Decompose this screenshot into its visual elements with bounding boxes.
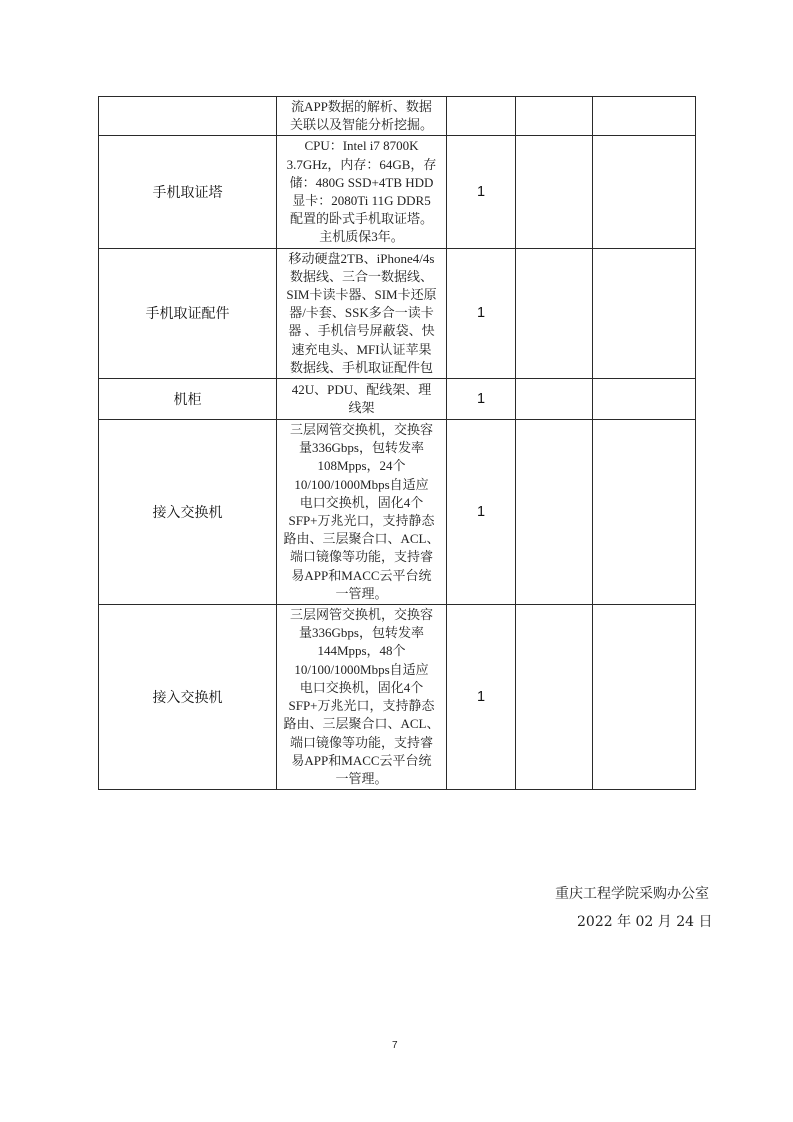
table-row: 手机取证塔CPU：Intel i7 8700K3.7GHz，内存：64GB，存储… <box>99 136 696 248</box>
table-row: 接入交换机三层网管交换机，交换容量336Gbps，包转发率144Mpps，48个… <box>99 605 696 790</box>
spec-line: 易APP和MACC云平台统 <box>280 752 443 770</box>
item-name-cell: 手机取证配件 <box>99 248 277 378</box>
spec-line: 数据线、三合一数据线、 <box>280 268 443 286</box>
spec-line: 器/卡套、SSK多合一读卡 <box>280 304 443 322</box>
spec-line: 量336Gbps，包转发率 <box>280 624 443 642</box>
empty-cell <box>516 136 593 248</box>
empty-cell <box>593 420 696 605</box>
quantity-cell <box>447 97 516 136</box>
spec-line: 线架 <box>280 399 443 417</box>
spec-line: 3.7GHz，内存：64GB，存 <box>280 156 443 174</box>
quantity-cell: 1 <box>447 420 516 605</box>
spec-line: 三层网管交换机，交换容 <box>280 606 443 624</box>
empty-cell <box>516 605 593 790</box>
item-spec-cell: 流APP数据的解析、数据关联以及智能分析挖掘。 <box>277 97 447 136</box>
empty-cell <box>516 97 593 136</box>
spec-line: 量336Gbps，包转发率 <box>280 439 443 457</box>
item-spec-cell: 三层网管交换机，交换容量336Gbps，包转发率144Mpps，48个10/10… <box>277 605 447 790</box>
item-spec-cell: 三层网管交换机，交换容量336Gbps，包转发率108Mpps，24个10/10… <box>277 420 447 605</box>
spec-line: 10/100/1000Mbps自适应 <box>280 661 443 679</box>
spec-line: 144Mpps，48个 <box>280 642 443 660</box>
table-row: 接入交换机三层网管交换机，交换容量336Gbps，包转发率108Mpps，24个… <box>99 420 696 605</box>
quantity-cell: 1 <box>447 248 516 378</box>
spec-line: 移动硬盘2TB、iPhone4/4s <box>280 250 443 268</box>
item-name-cell: 手机取证塔 <box>99 136 277 248</box>
spec-line: 端口镜像等功能，支持睿 <box>280 734 443 752</box>
spec-line: 速充电头、MFI认证苹果 <box>280 341 443 359</box>
spec-line: SFP+万兆光口，支持静态 <box>280 512 443 530</box>
spec-line: 储：480G SSD+4TB HDD <box>280 174 443 192</box>
spec-line: 易APP和MACC云平台统 <box>280 567 443 585</box>
spec-line: 配置的卧式手机取证塔。 <box>280 210 443 228</box>
empty-cell <box>516 248 593 378</box>
equipment-spec-table: 流APP数据的解析、数据关联以及智能分析挖掘。手机取证塔CPU：Intel i7… <box>98 96 696 790</box>
issuing-organization: 重庆工程学院采购办公室 <box>555 883 709 903</box>
empty-cell <box>593 97 696 136</box>
item-spec-cell: CPU：Intel i7 8700K3.7GHz，内存：64GB，存储：480G… <box>277 136 447 248</box>
item-name-cell: 机柜 <box>99 379 277 420</box>
item-name-cell: 接入交换机 <box>99 420 277 605</box>
spec-line: 端口镜像等功能，支持睿 <box>280 548 443 566</box>
quantity-cell: 1 <box>447 136 516 248</box>
spec-line: 10/100/1000Mbps自适应 <box>280 476 443 494</box>
spec-line: 关联以及智能分析挖掘。 <box>280 116 443 134</box>
spec-line: 数据线、手机取证配件包 <box>280 359 443 377</box>
spec-line: 42U、PDU、配线架、理 <box>280 381 443 399</box>
spec-line: CPU：Intel i7 8700K <box>280 137 443 155</box>
empty-cell <box>516 420 593 605</box>
spec-line: 器 、手机信号屏蔽袋、快 <box>280 322 443 340</box>
document-page: 流APP数据的解析、数据关联以及智能分析挖掘。手机取证塔CPU：Intel i7… <box>0 0 793 1122</box>
spec-line: SFP+万兆光口，支持静态 <box>280 697 443 715</box>
spec-line: SIM卡读卡器、SIM卡还原 <box>280 286 443 304</box>
empty-cell <box>593 379 696 420</box>
table-body: 流APP数据的解析、数据关联以及智能分析挖掘。手机取证塔CPU：Intel i7… <box>99 97 696 790</box>
spec-line: 电口交换机，固化4个 <box>280 679 443 697</box>
spec-line: 电口交换机，固化4个 <box>280 494 443 512</box>
spec-line: 一管理。 <box>280 585 443 603</box>
table-row: 机柜42U、PDU、配线架、理线架1 <box>99 379 696 420</box>
empty-cell <box>516 379 593 420</box>
spec-line: 路由、三层聚合口、ACL、 <box>280 715 443 733</box>
quantity-cell: 1 <box>447 379 516 420</box>
spec-line: 路由、三层聚合口、ACL、 <box>280 530 443 548</box>
page-number: 7 <box>392 1040 398 1051</box>
spec-line: 显卡：2080Ti 11G DDR5 <box>280 192 443 210</box>
item-name-cell: 接入交换机 <box>99 605 277 790</box>
spec-line: 流APP数据的解析、数据 <box>280 98 443 116</box>
item-spec-cell: 42U、PDU、配线架、理线架 <box>277 379 447 420</box>
table-row: 流APP数据的解析、数据关联以及智能分析挖掘。 <box>99 97 696 136</box>
spec-line: 主机质保3年。 <box>280 228 443 246</box>
table-row: 手机取证配件移动硬盘2TB、iPhone4/4s数据线、三合一数据线、SIM卡读… <box>99 248 696 378</box>
spec-line: 一管理。 <box>280 770 443 788</box>
item-name-cell <box>99 97 277 136</box>
empty-cell <box>593 605 696 790</box>
spec-line: 108Mpps，24个 <box>280 457 443 475</box>
issue-date: 2022 年 02 月 24 日 <box>577 911 713 931</box>
empty-cell <box>593 136 696 248</box>
item-spec-cell: 移动硬盘2TB、iPhone4/4s数据线、三合一数据线、SIM卡读卡器、SIM… <box>277 248 447 378</box>
quantity-cell: 1 <box>447 605 516 790</box>
spec-line: 三层网管交换机，交换容 <box>280 421 443 439</box>
empty-cell <box>593 248 696 378</box>
